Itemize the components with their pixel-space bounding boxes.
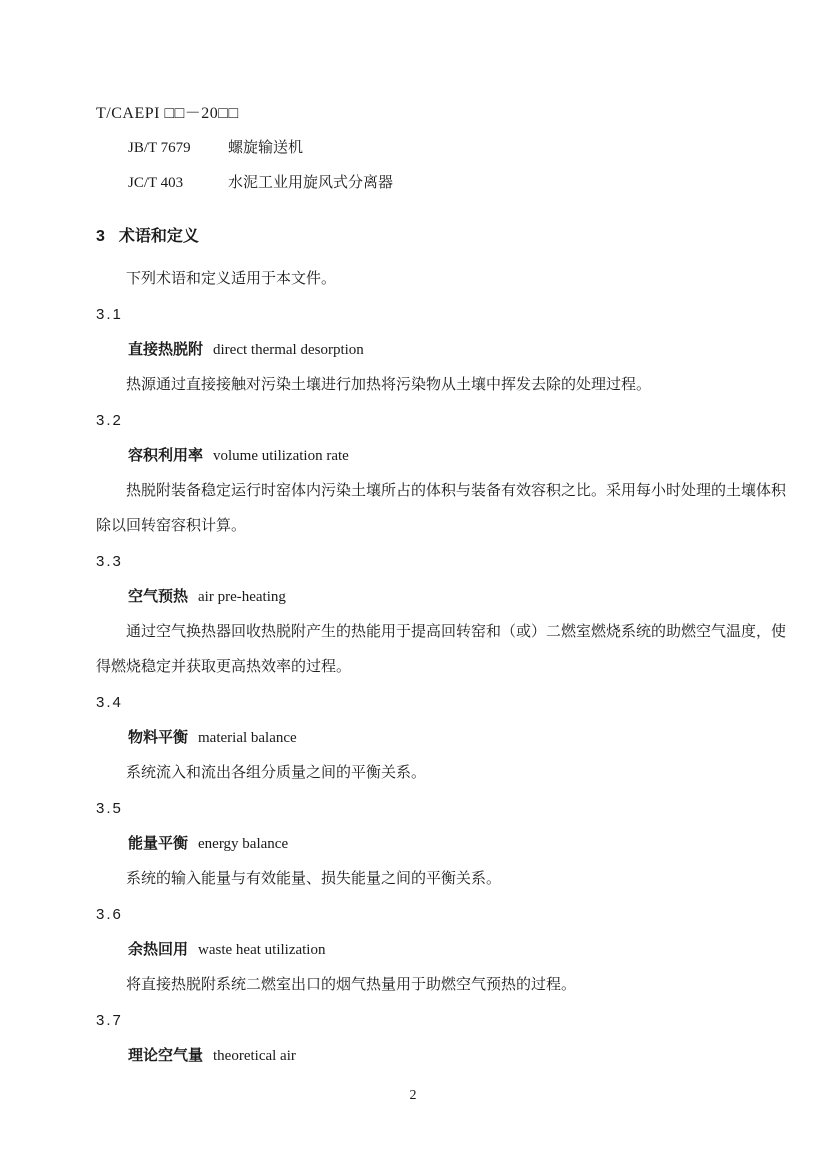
term-name-en: energy balance bbox=[198, 836, 288, 852]
term-number: 3.7 bbox=[96, 1003, 790, 1038]
term-block: 3.3 空气预热air pre-heating 通过空气换热器回收热脱附产生的热… bbox=[96, 544, 790, 685]
section-number: 3 bbox=[96, 228, 105, 245]
term-number: 3.4 bbox=[96, 685, 790, 720]
term-line: 理论空气量theoretical air bbox=[96, 1038, 790, 1074]
reference-code: JC/T 403 bbox=[128, 166, 228, 201]
reference-title: 螺旋输送机 bbox=[228, 140, 303, 156]
term-definition: 系统流入和流出各组分质量之间的平衡关系。 bbox=[96, 756, 790, 791]
term-definition: 系统的输入能量与有效能量、损失能量之间的平衡关系。 bbox=[96, 862, 790, 897]
reference-title: 水泥工业用旋风式分离器 bbox=[228, 175, 393, 191]
term-definition: 热源通过直接接触对污染土壤进行加热将污染物从土壤中挥发去除的处理过程。 bbox=[96, 368, 790, 403]
term-line: 物料平衡material balance bbox=[96, 720, 790, 756]
term-definition: 通过空气换热器回收热脱附产生的热能用于提高回转窑和（或）二燃室燃烧系统的助燃空气… bbox=[96, 615, 790, 685]
reference-item: JC/T 403水泥工业用旋风式分离器 bbox=[96, 166, 790, 201]
section-intro: 下列术语和定义适用于本文件。 bbox=[96, 262, 790, 297]
section-title: 术语和定义 bbox=[119, 228, 199, 245]
term-number: 3.2 bbox=[96, 403, 790, 438]
reference-code: JB/T 7679 bbox=[128, 131, 228, 166]
section-heading: 3术语和定义 bbox=[96, 219, 790, 254]
term-name-en: waste heat utilization bbox=[198, 942, 325, 958]
term-definition: 热脱附装备稳定运行时窑体内污染土壤所占的体积与装备有效容积之比。采用每小时处理的… bbox=[96, 474, 790, 544]
term-block: 3.6 余热回用waste heat utilization 将直接热脱附系统二… bbox=[96, 897, 790, 1003]
page-number: 2 bbox=[0, 1078, 826, 1113]
term-block: 3.5 能量平衡energy balance 系统的输入能量与有效能量、损失能量… bbox=[96, 791, 790, 897]
document-page: T/CAEPI □□－20□□ JB/T 7679螺旋输送机 JC/T 403水… bbox=[0, 0, 826, 1169]
term-number: 3.6 bbox=[96, 897, 790, 932]
term-name-zh: 余热回用 bbox=[128, 941, 188, 958]
term-number: 3.5 bbox=[96, 791, 790, 826]
term-line: 余热回用waste heat utilization bbox=[96, 932, 790, 968]
term-name-en: theoretical air bbox=[213, 1048, 296, 1064]
term-block: 3.7 理论空气量theoretical air bbox=[96, 1003, 790, 1074]
term-name-zh: 能量平衡 bbox=[128, 835, 188, 852]
term-name-zh: 直接热脱附 bbox=[128, 341, 203, 358]
term-line: 容积利用率volume utilization rate bbox=[96, 438, 790, 474]
document-content: T/CAEPI □□－20□□ JB/T 7679螺旋输送机 JC/T 403水… bbox=[96, 96, 790, 1074]
term-name-zh: 物料平衡 bbox=[128, 729, 188, 746]
term-block: 3.4 物料平衡material balance 系统流入和流出各组分质量之间的… bbox=[96, 685, 790, 791]
term-line: 空气预热air pre-heating bbox=[96, 579, 790, 615]
term-number: 3.3 bbox=[96, 544, 790, 579]
term-name-zh: 空气预热 bbox=[128, 588, 188, 605]
term-name-zh: 理论空气量 bbox=[128, 1047, 203, 1064]
term-name-zh: 容积利用率 bbox=[128, 447, 203, 464]
term-name-en: air pre-heating bbox=[198, 589, 286, 605]
term-name-en: volume utilization rate bbox=[213, 448, 349, 464]
term-line: 能量平衡energy balance bbox=[96, 826, 790, 862]
term-block: 3.1 直接热脱附direct thermal desorption 热源通过直… bbox=[96, 297, 790, 403]
term-block: 3.2 容积利用率volume utilization rate 热脱附装备稳定… bbox=[96, 403, 790, 544]
document-code-header: T/CAEPI □□－20□□ bbox=[96, 96, 790, 131]
reference-item: JB/T 7679螺旋输送机 bbox=[96, 131, 790, 166]
term-name-en: direct thermal desorption bbox=[213, 342, 364, 358]
term-number: 3.1 bbox=[96, 297, 790, 332]
term-definition: 将直接热脱附系统二燃室出口的烟气热量用于助燃空气预热的过程。 bbox=[96, 968, 790, 1003]
term-name-en: material balance bbox=[198, 730, 297, 746]
term-line: 直接热脱附direct thermal desorption bbox=[96, 332, 790, 368]
